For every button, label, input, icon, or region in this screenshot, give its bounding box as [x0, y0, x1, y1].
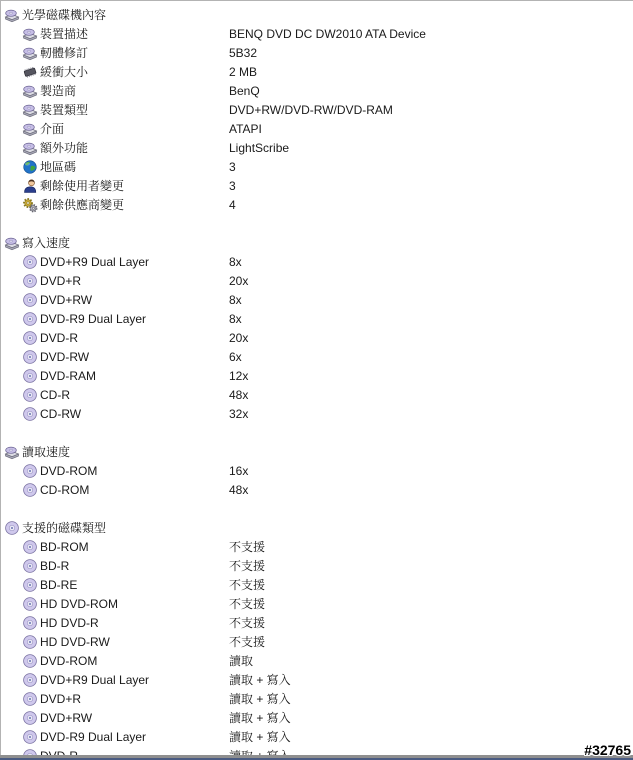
- disc-icon: [4, 520, 20, 536]
- optical-drive-icon: [22, 102, 38, 118]
- section-header-read-speed[interactable]: 讀取速度: [1, 442, 633, 461]
- section-title: 寫入速度: [22, 234, 70, 251]
- property-label: DVD+R9 Dual Layer: [40, 255, 149, 269]
- property-value: 不支援: [229, 614, 265, 631]
- property-label: 軔體修訂: [40, 44, 88, 61]
- property-label: DVD+R9 Dual Layer: [40, 673, 149, 687]
- section-title: 光學磁碟機內容: [22, 6, 106, 23]
- property-value: 8x: [229, 255, 242, 269]
- property-row-write-speed[interactable]: CD-RW32x: [1, 404, 633, 423]
- section-gap: [1, 423, 633, 442]
- property-row-write-speed[interactable]: CD-R48x: [1, 385, 633, 404]
- disc-icon: [22, 634, 38, 650]
- property-label: HD DVD-R: [40, 616, 99, 630]
- disc-icon: [22, 482, 38, 498]
- property-row-drive-info[interactable]: 裝置描述BENQ DVD DC DW2010 ATA Device: [1, 24, 633, 43]
- property-value: 48x: [229, 483, 248, 497]
- property-value: 不支援: [229, 538, 265, 555]
- property-value: 讀取 + 寫入: [229, 671, 291, 688]
- property-label: CD-ROM: [40, 483, 89, 497]
- property-row-write-speed[interactable]: DVD-RW6x: [1, 347, 633, 366]
- property-value: 3: [229, 179, 236, 193]
- property-label: 緩衝大小: [40, 63, 88, 80]
- property-label: BD-R: [40, 559, 69, 573]
- property-label: DVD-R9 Dual Layer: [40, 312, 146, 326]
- section-header-write-speed[interactable]: 寫入速度: [1, 233, 633, 252]
- property-value: 不支援: [229, 633, 265, 650]
- memory-chip-icon: [22, 64, 38, 80]
- property-label: 地區碼: [40, 158, 76, 175]
- disc-icon: [22, 596, 38, 612]
- section-gap: [1, 499, 633, 518]
- disc-icon: [22, 330, 38, 346]
- optical-drive-icon: [22, 26, 38, 42]
- disc-icon: [22, 387, 38, 403]
- property-label: DVD-RAM: [40, 369, 96, 383]
- property-value: 2 MB: [229, 65, 257, 79]
- property-label: CD-RW: [40, 407, 81, 421]
- property-row-supported-disc-types[interactable]: HD DVD-ROM不支援: [1, 594, 633, 613]
- property-value: BenQ: [229, 84, 260, 98]
- disc-icon: [22, 292, 38, 308]
- disc-icon: [22, 615, 38, 631]
- user-icon: [22, 178, 38, 194]
- property-row-drive-info[interactable]: 介面ATAPI: [1, 119, 633, 138]
- property-row-write-speed[interactable]: DVD+RW8x: [1, 290, 633, 309]
- disc-icon: [22, 558, 38, 574]
- property-row-supported-disc-types[interactable]: DVD+R9 Dual Layer讀取 + 寫入: [1, 670, 633, 689]
- property-value: LightScribe: [229, 141, 289, 155]
- disc-icon: [22, 710, 38, 726]
- property-value: 20x: [229, 274, 248, 288]
- disc-icon: [22, 577, 38, 593]
- property-value: DVD+RW/DVD-RW/DVD-RAM: [229, 103, 393, 117]
- property-value: 20x: [229, 331, 248, 345]
- section-title: 支援的磁碟類型: [22, 519, 106, 536]
- property-value: 4: [229, 198, 236, 212]
- property-label: 裝置類型: [40, 101, 88, 118]
- optical-drive-icon: [4, 444, 20, 460]
- property-value: ATAPI: [229, 122, 262, 136]
- property-row-drive-info[interactable]: 軔體修訂5B32: [1, 43, 633, 62]
- disc-icon: [22, 653, 38, 669]
- property-label: DVD-R9 Dual Layer: [40, 730, 146, 744]
- property-row-drive-info[interactable]: 裝置類型DVD+RW/DVD-RW/DVD-RAM: [1, 100, 633, 119]
- section-header-drive-info[interactable]: 光學磁碟機內容: [1, 5, 633, 24]
- property-value: 不支援: [229, 557, 265, 574]
- disc-icon: [22, 463, 38, 479]
- property-label: DVD-RW: [40, 350, 89, 364]
- section-title: 讀取速度: [22, 443, 70, 460]
- disc-icon: [22, 672, 38, 688]
- property-row-write-speed[interactable]: DVD+R20x: [1, 271, 633, 290]
- property-value: 6x: [229, 350, 242, 364]
- property-row-drive-info[interactable]: 額外功能LightScribe: [1, 138, 633, 157]
- disc-icon: [22, 406, 38, 422]
- property-label: HD DVD-RW: [40, 635, 110, 649]
- property-row-drive-info[interactable]: 剩餘使用者變更3: [1, 176, 633, 195]
- bottom-window-edge: [0, 755, 633, 760]
- property-row-read-speed[interactable]: DVD-ROM16x: [1, 461, 633, 480]
- disc-icon: [22, 254, 38, 270]
- property-row-supported-disc-types[interactable]: HD DVD-R不支援: [1, 613, 633, 632]
- property-value: 8x: [229, 293, 242, 307]
- property-row-supported-disc-types[interactable]: BD-R不支援: [1, 556, 633, 575]
- property-value: 讀取 + 寫入: [229, 728, 291, 745]
- globe-icon: [22, 159, 38, 175]
- disc-icon: [22, 539, 38, 555]
- optical-drive-icon: [22, 83, 38, 99]
- disc-icon: [22, 311, 38, 327]
- property-value: 不支援: [229, 576, 265, 593]
- property-row-supported-disc-types[interactable]: DVD+RW讀取 + 寫入: [1, 708, 633, 727]
- property-value: 5B32: [229, 46, 257, 60]
- property-row-write-speed[interactable]: DVD-R20x: [1, 328, 633, 347]
- property-label: BD-RE: [40, 578, 77, 592]
- content-panel: 光學磁碟機內容裝置描述BENQ DVD DC DW2010 ATA Device…: [0, 0, 633, 760]
- property-label: DVD+RW: [40, 293, 92, 307]
- watermark-id: #32765: [584, 742, 631, 758]
- property-row-write-speed[interactable]: DVD-R9 Dual Layer8x: [1, 309, 633, 328]
- property-value: 12x: [229, 369, 248, 383]
- property-value: 讀取: [229, 652, 253, 669]
- property-label: DVD+R: [40, 274, 81, 288]
- property-label: 裝置描述: [40, 25, 88, 42]
- property-label: 剩餘使用者變更: [40, 177, 124, 194]
- property-label: 額外功能: [40, 139, 88, 156]
- property-label: DVD+R: [40, 692, 81, 706]
- section-gap: [1, 214, 633, 233]
- optical-drive-icon: [4, 235, 20, 251]
- property-label: BD-ROM: [40, 540, 89, 554]
- property-label: DVD-ROM: [40, 464, 97, 478]
- property-label: 介面: [40, 120, 64, 137]
- optical-drive-icon: [22, 140, 38, 156]
- property-row-supported-disc-types[interactable]: DVD-R9 Dual Layer讀取 + 寫入: [1, 727, 633, 746]
- optical-drive-icon: [4, 7, 20, 23]
- property-row-write-speed[interactable]: DVD-RAM12x: [1, 366, 633, 385]
- property-label: DVD-ROM: [40, 654, 97, 668]
- property-value: 16x: [229, 464, 248, 478]
- property-value: 讀取 + 寫入: [229, 690, 291, 707]
- property-label: 製造商: [40, 82, 76, 99]
- property-label: HD DVD-ROM: [40, 597, 118, 611]
- optical-drive-icon: [22, 45, 38, 61]
- disc-icon: [22, 273, 38, 289]
- property-label: CD-R: [40, 388, 70, 402]
- property-row-write-speed[interactable]: DVD+R9 Dual Layer8x: [1, 252, 633, 271]
- property-value: 不支援: [229, 595, 265, 612]
- section-header-supported-disc-types[interactable]: 支援的磁碟類型: [1, 518, 633, 537]
- property-row-supported-disc-types[interactable]: BD-RE不支援: [1, 575, 633, 594]
- property-label: 剩餘供應商變更: [40, 196, 124, 213]
- property-label: DVD+RW: [40, 711, 92, 725]
- property-row-supported-disc-types[interactable]: HD DVD-RW不支援: [1, 632, 633, 651]
- property-label: DVD-R: [40, 331, 78, 345]
- property-row-drive-info[interactable]: 製造商BenQ: [1, 81, 633, 100]
- disc-icon: [22, 691, 38, 707]
- property-row-drive-info[interactable]: 緩衝大小2 MB: [1, 62, 633, 81]
- disc-icon: [22, 368, 38, 384]
- property-value: BENQ DVD DC DW2010 ATA Device: [229, 27, 426, 41]
- property-value: 8x: [229, 312, 242, 326]
- disc-icon: [22, 349, 38, 365]
- property-value: 3: [229, 160, 236, 174]
- property-row-supported-disc-types[interactable]: BD-ROM不支援: [1, 537, 633, 556]
- gears-icon: [22, 197, 38, 213]
- property-row-drive-info[interactable]: 剩餘供應商變更4: [1, 195, 633, 214]
- property-row-drive-info[interactable]: 地區碼3: [1, 157, 633, 176]
- property-value: 讀取 + 寫入: [229, 709, 291, 726]
- disc-icon: [22, 729, 38, 745]
- property-value: 32x: [229, 407, 248, 421]
- property-value: 48x: [229, 388, 248, 402]
- property-row-read-speed[interactable]: CD-ROM48x: [1, 480, 633, 499]
- property-row-supported-disc-types[interactable]: DVD+R讀取 + 寫入: [1, 689, 633, 708]
- property-row-supported-disc-types[interactable]: DVD-ROM讀取: [1, 651, 633, 670]
- optical-drive-icon: [22, 121, 38, 137]
